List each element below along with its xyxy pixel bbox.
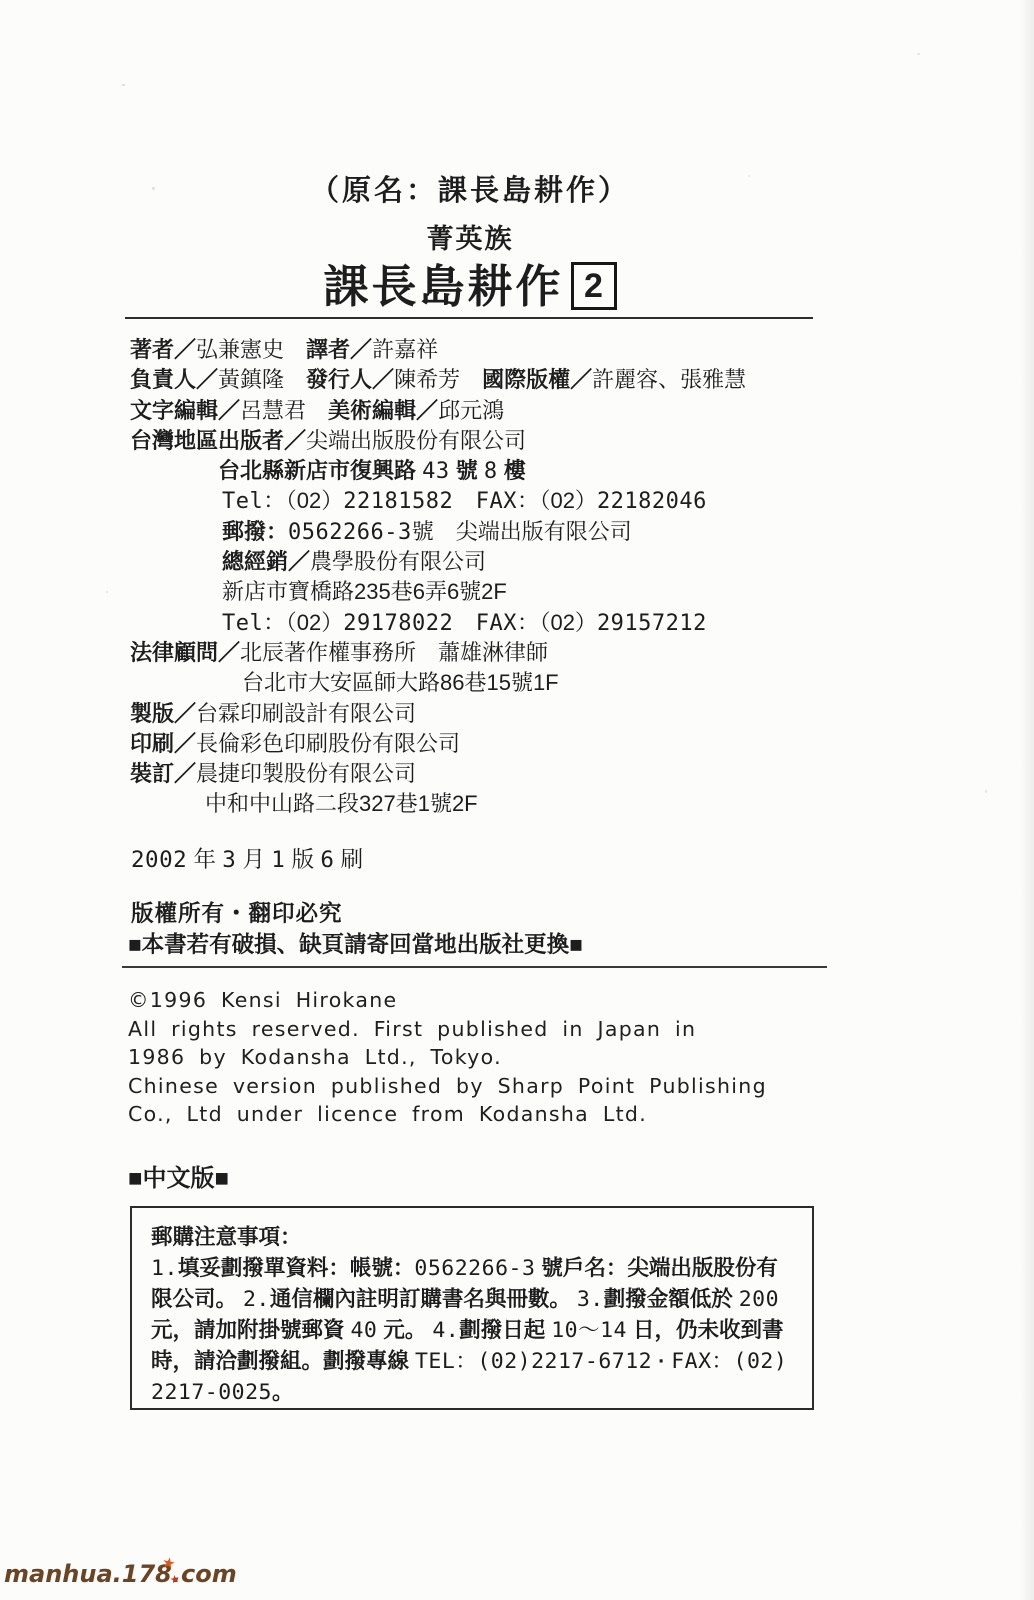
text-segment: 文字編輯／: [130, 398, 240, 423]
text-segment: [460, 367, 482, 392]
text-segment: （02）: [539, 610, 596, 635]
text-segment: 北辰著作權事務所: [240, 640, 416, 665]
text-segment: 台北市大安區師大路86巷15號1F: [242, 670, 559, 695]
text-segment: 弘兼憲史: [196, 337, 284, 362]
colophon-line: 著者／弘兼憲史 譯者／許嘉祥: [130, 335, 890, 365]
text-segment: 製版／: [130, 701, 196, 726]
text-segment: 元。: [377, 1318, 432, 1342]
scan-speck: [748, 175, 750, 177]
text-segment: Tel：: [222, 611, 286, 636]
text-segment: （02）: [539, 488, 596, 513]
text-segment: 邱元鴻: [438, 398, 504, 423]
text-segment: 尖端出版股份有限公司: [306, 428, 526, 453]
text-segment: 印刷／: [130, 731, 196, 756]
text-segment: 3.: [577, 1287, 604, 1312]
text-segment: 樓: [498, 458, 526, 483]
text-segment: 4.: [432, 1318, 459, 1343]
text-segment: 200: [739, 1287, 779, 1312]
english-license-line: Chinese version published by Sharp Point…: [128, 1072, 767, 1101]
text-segment: ·: [652, 1349, 671, 1373]
book-title: 課長島耕作2: [125, 250, 815, 315]
text-segment: [306, 398, 328, 423]
text-segment: 0562266-3: [414, 1256, 535, 1281]
text-segment: 陳希芳: [394, 367, 460, 392]
original-title: （原名：課長島耕作）: [125, 168, 815, 209]
text-segment: 限公司。: [151, 1287, 243, 1311]
colophon-line: 台北縣新店市復興路 43 號 8 樓: [130, 456, 890, 486]
divider-line-bottom: [122, 966, 827, 968]
colophon-line: 台北市大安區師大路86巷15號1F: [130, 668, 890, 698]
text-segment: 長倫彩色印刷股份有限公司: [196, 731, 460, 756]
text-segment: 版: [285, 847, 320, 872]
mail-order-line: 2217-0025。: [151, 1377, 796, 1408]
text-segment: FAX：: [453, 489, 539, 514]
scan-speck: [985, 790, 987, 793]
scan-speck: [106, 591, 108, 593]
text-segment: 元，請加附掛號郵資: [151, 1318, 350, 1342]
text-segment: Tel：: [222, 489, 286, 514]
mail-order-line: 郵購注意事項：: [151, 1222, 796, 1253]
colophon-line: 新店市寶橋路235巷6弄6號2F: [130, 577, 890, 607]
text-segment: 1: [271, 847, 285, 873]
colophon-line: 印刷／長倫彩色印刷股份有限公司: [130, 729, 890, 759]
text-segment: TEL：(02)2217-6712: [415, 1349, 652, 1374]
text-segment: 日，仍未收到書: [627, 1318, 783, 1342]
colophon-line: 台灣地區出版者／尖端出版股份有限公司: [130, 426, 890, 456]
watermark-text: manhua.178.com: [4, 1560, 237, 1588]
text-segment: 晨捷印製股份有限公司: [196, 761, 416, 786]
book-title-text: 課長島耕作: [323, 261, 563, 312]
text-segment: 2.: [243, 1287, 270, 1312]
text-segment: 29157212: [597, 611, 707, 636]
colophon-line: 製版／台霖印刷設計有限公司: [130, 699, 890, 729]
text-segment: 40: [350, 1318, 377, 1343]
text-segment: 月: [236, 847, 271, 872]
mail-order-notice-box: 郵購注意事項：1.填妥劃撥單資料：帳號：0562266-3 號戶名：尖端出版股份…: [130, 1206, 814, 1410]
text-segment: 呂慧君: [240, 398, 306, 423]
colophon-line: 負責人／黃鎮隆 發行人／陳希芳 國際版權／許麗容、張雅慧: [130, 365, 890, 395]
mail-order-line: 1.填妥劃撥單資料：帳號：0562266-3 號戶名：尖端出版股份有: [151, 1253, 796, 1284]
text-segment: 台灣地區出版者／: [130, 428, 306, 453]
text-segment: 劃撥金額低於: [604, 1287, 739, 1311]
text-segment: 總經銷／: [222, 549, 310, 574]
mail-order-line: 限公司。 2.通信欄內註明訂購書名與冊數。 3.劃撥金額低於 200: [151, 1284, 796, 1315]
volume-badge: 2: [571, 262, 617, 310]
colophon-line: 中和中山路二段327巷1號2F: [130, 789, 890, 819]
text-segment: FAX：(02): [671, 1349, 787, 1374]
scan-speck: [122, 84, 125, 86]
text-segment: 國際版權／: [482, 367, 592, 392]
text-segment: 22181582: [343, 489, 453, 514]
text-segment: 6: [320, 847, 334, 873]
english-license-block: ©1996 Kensi HirokaneAll rights reserved.…: [128, 986, 767, 1129]
text-segment: FAX：: [453, 611, 539, 636]
text-segment: （02）: [286, 488, 343, 513]
text-segment: 負責人／: [130, 367, 218, 392]
text-segment: 美術編輯／: [328, 398, 438, 423]
text-segment: 29178022: [343, 611, 453, 636]
text-segment: 2217-0025: [151, 1380, 272, 1405]
scanned-colophon-page: （原名：課長島耕作） 菁英族 課長島耕作2 著者／弘兼憲史 譯者／許嘉祥負責人／…: [0, 0, 1034, 1600]
text-segment: （02）: [286, 610, 343, 635]
text-segment: 中和中山路二段327巷1號2F: [205, 791, 478, 816]
text-segment: 發行人／: [306, 367, 394, 392]
text-segment: 著者／: [130, 337, 196, 362]
colophon-line: 郵撥：0562266-3號 尖端出版有限公司: [130, 517, 890, 547]
mail-order-line: 時，請洽劃撥組。劃撥專線 TEL：(02)2217-6712 · FAX：(02…: [151, 1346, 796, 1377]
text-segment: 台霖印刷設計有限公司: [196, 701, 416, 726]
mail-order-line: 元，請加附掛號郵資 40 元。 4.劃撥日起 10～14 日，仍未收到書: [151, 1315, 796, 1346]
text-segment: 法律顧問／: [130, 640, 240, 665]
watermark: manhua.178.com ★ ★: [4, 1560, 237, 1588]
text-segment: 郵撥：: [222, 519, 288, 544]
divider-line-top: [125, 317, 813, 319]
scan-speck: [152, 187, 155, 190]
text-segment: 43: [422, 459, 450, 484]
text-segment: 郵購注意事項：: [151, 1225, 302, 1249]
chinese-edition-tag: ■中文版■: [128, 1158, 229, 1193]
english-license-line: All rights reserved. First published in …: [128, 1015, 767, 1044]
edition-line: 2002 年 3 月 1 版 6 刷: [131, 842, 363, 874]
colophon-line: 文字編輯／呂慧君 美術編輯／邱元鴻: [130, 396, 890, 426]
text-segment: 尖端出版有限公司: [434, 519, 632, 544]
text-segment: 1.: [151, 1256, 178, 1281]
colophon-line: 總經銷／農學股份有限公司: [130, 547, 890, 577]
text-segment: 裝訂／: [130, 761, 196, 786]
text-segment: [284, 367, 306, 392]
english-license-line: 1986 by Kodansha Ltd., Tokyo.: [128, 1043, 767, 1072]
scan-edge-shadow: [1020, 0, 1034, 1600]
text-segment: 台北縣新店市復興路: [218, 458, 422, 483]
text-segment: 2002: [131, 847, 187, 873]
text-segment: 號: [450, 458, 484, 483]
colophon-block: 著者／弘兼憲史 譯者／許嘉祥負責人／黃鎮隆 發行人／陳希芳 國際版權／許麗容、張…: [130, 335, 890, 820]
colophon-line: Tel：（02）22181582 FAX：（02）22182046: [130, 486, 890, 516]
english-license-line: Co., Ltd under licence from Kodansha Ltd…: [128, 1100, 767, 1129]
text-segment: [284, 337, 306, 362]
copyright-notice: 版權所有・翻印必究: [131, 896, 343, 928]
colophon-line: 裝訂／晨捷印製股份有限公司: [130, 759, 890, 789]
text-segment: 3: [222, 847, 236, 873]
text-segment: 新店市寶橋路235巷6弄6號2F: [222, 579, 507, 604]
star-icon: ★: [169, 1572, 181, 1587]
text-segment: 填妥劃撥單資料：帳號：: [178, 1256, 415, 1280]
text-segment: 0562266-3: [288, 520, 412, 545]
text-segment: 號戶名：尖端出版股份有: [535, 1256, 777, 1280]
scan-speck: [917, 53, 920, 55]
text-segment: 黃鎮隆: [218, 367, 284, 392]
damage-replacement-notice: ■本書若有破損、缺頁請寄回當地出版社更換■: [128, 927, 583, 959]
text-segment: 刷: [334, 847, 363, 872]
text-segment: 時，請洽劃撥組。劃撥專線: [151, 1349, 415, 1373]
text-segment: 蕭雄淋律師: [416, 640, 548, 665]
text-segment: 8: [484, 459, 498, 484]
text-segment: 10～14: [551, 1318, 627, 1343]
text-segment: 年: [187, 847, 222, 872]
colophon-line: 法律顧問／北辰著作權事務所 蕭雄淋律師: [130, 638, 890, 668]
text-segment: 通信欄內註明訂購書名與冊數。: [270, 1287, 577, 1311]
text-segment: 22182046: [597, 489, 707, 514]
colophon-line: Tel：（02）29178022 FAX：（02）29157212: [130, 608, 890, 638]
text-segment: 號: [412, 519, 434, 544]
text-segment: 農學股份有限公司: [310, 549, 486, 574]
text-segment: 許嘉祥: [372, 337, 438, 362]
text-segment: 。: [272, 1380, 294, 1404]
text-segment: 劃撥日起: [459, 1318, 551, 1342]
text-segment: 譯者／: [306, 337, 372, 362]
english-license-line: ©1996 Kensi Hirokane: [128, 986, 767, 1015]
text-segment: 許麗容、張雅慧: [592, 367, 746, 392]
